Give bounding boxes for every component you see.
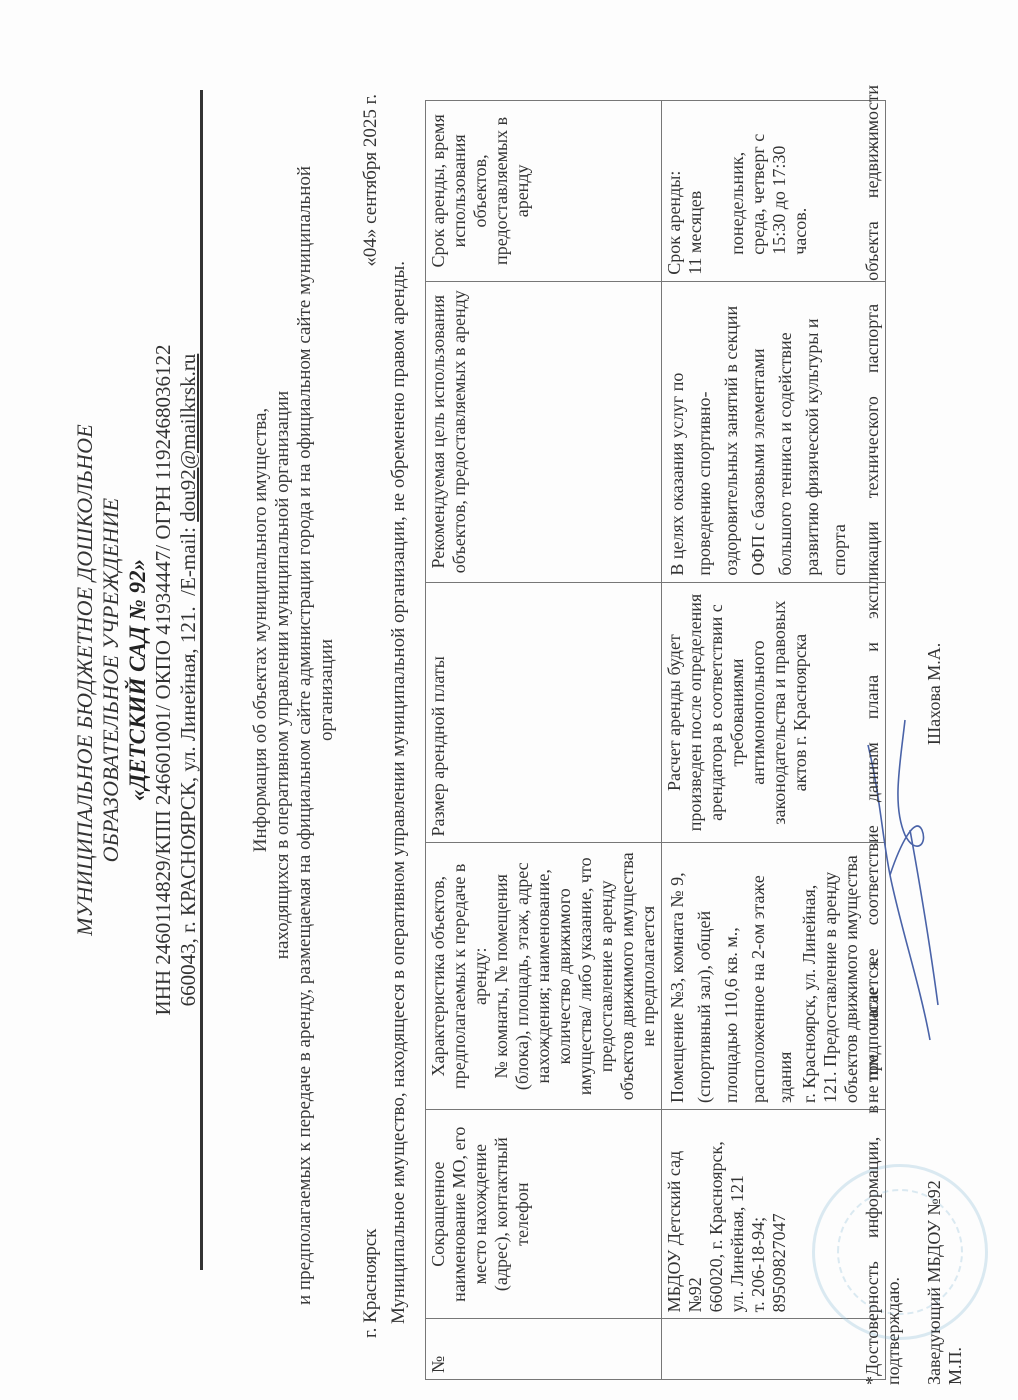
signature-row: Заведующий МБДОУ №92 М.П. Шахова М.А. <box>924 85 966 1385</box>
letterhead: МУНИЦИПАЛЬНОЕ БЮДЖЕТНОЕ ДОШКОЛЬНОЕ ОБРАЗ… <box>72 60 201 1300</box>
footer: *Достоверность информации, в том числе е… <box>862 85 966 1385</box>
cell-term: Срок аренды: 11 месяцев понедельник, сре… <box>662 101 886 282</box>
header-characteristics: Характеристика объектов, предполагаемых … <box>426 843 662 1110</box>
lead-statement: Муниципальное имущество, находящееся в о… <box>388 261 410 1324</box>
seal-mark: М.П. <box>945 1180 966 1385</box>
city: г. Красноярск <box>360 1229 382 1338</box>
footer-note: *Достоверность информации, в том числе е… <box>862 85 904 1385</box>
document-page: МУНИЦИПАЛЬНОЕ БЮДЖЕТНОЕ ДОШКОЛЬНОЕ ОБРАЗ… <box>0 0 1018 1400</box>
organization-address: 660043, г. КРАСНОЯРСК, ул. Линейная, 121… <box>176 606 200 1006</box>
organization-address-line: 660043, г. КРАСНОЯРСК, ул. Линейная, 121… <box>176 60 201 1300</box>
email-label: /E-mail: <box>176 527 200 596</box>
signatory-position-block: Заведующий МБДОУ №92 М.П. <box>924 1180 966 1385</box>
header-characteristics-title: Характеристика объектов, предполагаемых … <box>428 849 491 1103</box>
signatory-name: Шахова М.А. <box>924 643 945 745</box>
header-organization: Сокращенное наименование МО, его место н… <box>426 1110 662 1319</box>
title-line-3: и предполагаемых к передаче в аренду, ра… <box>294 60 316 1320</box>
cell-characteristics: Помещение №3, комната № 9, (спортивный з… <box>662 843 886 1110</box>
header-rent-price: Размер арендной платы <box>426 582 662 843</box>
document-title: Информация об объектах муниципального им… <box>250 60 338 1320</box>
letterhead-divider <box>200 90 203 1270</box>
email-link[interactable]: dou92@mailkrsk.ru <box>176 354 200 522</box>
title-line-1: Информация об объектах муниципального им… <box>250 60 272 1320</box>
header-term: Срок аренды, время использования объекто… <box>426 101 662 282</box>
property-table: № Сокращенное наименование МО, его место… <box>425 100 886 1380</box>
cell-rent-price: Расчет аренды будет произведен после опр… <box>662 582 886 843</box>
letterhead-line-2: ОБРАЗОВАТЕЛЬНОЕ УЧРЕЖДЕНИЕ <box>98 60 124 1300</box>
signatory-position: Заведующий МБДОУ №92 <box>924 1180 945 1385</box>
header-characteristics-body: № комнаты, № помещения (блока), площадь,… <box>491 849 659 1103</box>
table-header-row: № Сокращенное наименование МО, его место… <box>426 101 662 1380</box>
document-date: «04» сентября 2025 г. <box>360 94 382 267</box>
organization-name: «ДЕТСКИЙ САД № 92» <box>124 60 151 1300</box>
registry-codes: ИНН 2460114829/КПП 246601001/ ОКПО 41934… <box>151 60 176 1300</box>
cell-number <box>662 1319 886 1380</box>
cell-purpose: В целях оказания услуг по проведению спо… <box>662 281 886 582</box>
title-line-2: находящихся в оперативном управлении мун… <box>272 60 294 1320</box>
title-line-4: организации <box>316 60 338 1320</box>
letterhead-line-1: МУНИЦИПАЛЬНОЕ БЮДЖЕТНОЕ ДОШКОЛЬНОЕ <box>72 60 98 1300</box>
header-number: № <box>426 1319 662 1380</box>
header-purpose: Рекомендуемая цель использования объекто… <box>426 281 662 582</box>
